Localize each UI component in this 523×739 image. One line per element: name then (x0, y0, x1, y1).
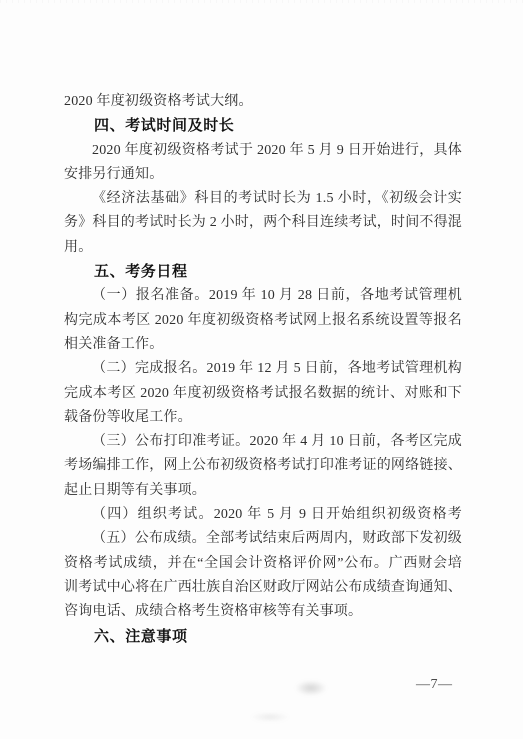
document-line: 考场编排工作，网上公布初级资格考试打印准考证的网络链接、 (64, 454, 462, 478)
document-line: 2020 年度初级资格考试于 2020 年 5 月 9 日开始进行，具体 (64, 139, 462, 163)
document-line: 用。 (64, 236, 462, 260)
document-line: 务》科目的考试时长为 2 小时，两个科目连续考试，时间不得混 (64, 211, 462, 235)
document-line: 资格考试成绩，并在“全国会计资格评价网”公布。广西财会培 (64, 552, 462, 576)
scan-smudge-small (250, 712, 290, 722)
document-line: （一）报名准备。2019 年 10 月 28 日前，各地考试管理机 (64, 284, 462, 308)
document-line: 《经济法基础》科目的考试时长为 1.5 小时，《初级会计实 (64, 187, 462, 211)
document-line: （五）公布成绩。全部考试结束后两周内，财政部下发初级 (64, 527, 462, 551)
document-line: 构完成本考区 2020 年度初级资格考试网上报名系统设置等报名 (64, 309, 462, 333)
document-line: 训考试中心将在广西壮族自治区财政厅网站公布成绩查询通知、 (64, 576, 462, 600)
document-line: 起止日期等有关事项。 (64, 479, 462, 503)
document-line: 完成本考区 2020 年度初级资格考试报名数据的统计、对账和下 (64, 382, 462, 406)
scan-artifact-top (0, 0, 523, 3)
document-line: 五、考务日程 (64, 260, 462, 284)
document-body: 2020 年度初级资格考试大纲。四、考试时间及时长2020 年度初级资格考试于 … (64, 90, 462, 649)
document-line: 咨询电话、成绩合格考生资格审核等有关事项。 (64, 600, 462, 624)
document-line: 四、考试时间及时长 (64, 114, 462, 138)
document-line: （三）公布打印准考证。2020 年 4 月 10 日前，各考区完成 (64, 430, 462, 454)
document-line: 载备份等收尾工作。 (64, 406, 462, 430)
document-line: （二）完成报名。2019 年 12 月 5 日前，各地考试管理机构 (64, 357, 462, 381)
document-line: 安排另行通知。 (64, 163, 462, 187)
document-line: 六、注意事项 (64, 625, 462, 649)
document-line: （四）组织考试。2020 年 5 月 9 日开始组织初级资格考试。 (64, 503, 462, 527)
scanned-document-page: 2020 年度初级资格考试大纲。四、考试时间及时长2020 年度初级资格考试于 … (0, 0, 523, 739)
document-line: 2020 年度初级资格考试大纲。 (64, 90, 462, 114)
document-line: 相关准备工作。 (64, 333, 462, 357)
scan-smudge (295, 680, 327, 696)
page-number: —7— (416, 677, 453, 693)
